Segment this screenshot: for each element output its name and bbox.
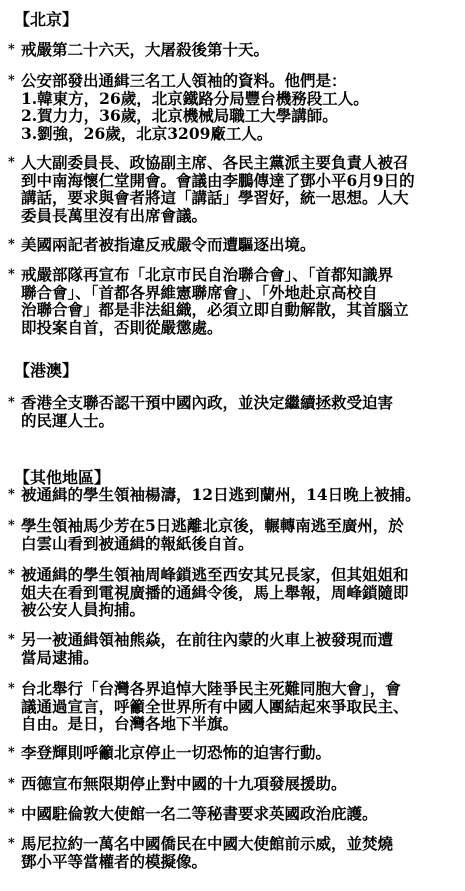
bullet-icon: * — [8, 835, 15, 853]
news-item: * 台北舉行「台灣各界追悼大陸爭民主死難同胞大會」，會 議通過宣言，呼籲全世界所… — [8, 680, 460, 733]
news-item: * 學生領袖馬少芳在5日逃離北京後，輾轉南逃至廣州，於 白雲山看到被通緝的報紙後… — [8, 517, 460, 552]
text-line: 到中南海懷仁堂開會。會議由李鵬傳達了鄧小平6月9日的 — [21, 172, 460, 190]
news-item: * 另一被通緝領袖熊焱，在前往內蒙的火車上被發現而遭 當局逮捕。 — [8, 631, 460, 666]
bullet-icon: * — [8, 805, 15, 823]
text-line: 委員長萬里沒有出席會議。 — [21, 207, 460, 225]
bullet-icon: * — [8, 236, 15, 254]
text-line: 李登輝則呼籲北京停止一切恐怖的迫害行動。 — [21, 744, 460, 762]
text-line: 治聯合會」都是非法組織，必須立即自動解散，其首腦立 — [21, 301, 460, 319]
text-line: 香港全支聯否認干預中國內政，並決定繼續拯救受迫害 — [21, 394, 460, 412]
text-line: 被通緝的學生領袖周峰鎖逃至西安其兄長家，但其姐姐和 — [21, 566, 460, 584]
news-item: * 馬尼拉約一萬名中國僑民在中國大使館前示威，並焚燒 鄧小平等當權者的模擬像。 — [8, 835, 460, 870]
news-item: * 被通緝的學生領袖楊濤，12日逃到蘭州，14日晚上被捕。 — [8, 486, 460, 504]
bullet-icon: * — [8, 566, 15, 584]
bullet-icon: * — [8, 72, 15, 90]
text-line: 美國兩記者被指違反戒嚴令而遭驅逐出境。 — [21, 236, 460, 254]
news-item: * 公安部發出通緝三名工人領袖的資料。他們是： 1.韓東方，26歲，北京鐵路分局… — [8, 72, 460, 142]
news-item: * 中國駐倫敦大使館一名二等秘書要求英國政治庇護。 — [8, 805, 460, 823]
text-line: 戒嚴第二十六天，大屠殺後第十天。 — [21, 41, 460, 59]
text-line: 中國駐倫敦大使館一名二等秘書要求英國政治庇護。 — [21, 805, 460, 823]
bullet-icon: * — [8, 154, 15, 172]
news-item: * 戒嚴部隊再宣布「北京市民自治聯合會」、「首都知識界 聯合會」、「首都各界維憲… — [8, 266, 460, 336]
section-heading-beijing: 【北京】 — [14, 11, 78, 29]
text-line: 議通過宣言，呼籲全世界所有中國人團結起來爭取民主、 — [21, 698, 460, 716]
section-heading-other-regions: 【其他地區】 — [14, 469, 110, 487]
text-line: 人大副委員長、政協副主席、各民主黨派主要負責人被召 — [21, 154, 460, 172]
bullet-icon: * — [8, 775, 15, 793]
bullet-icon: * — [8, 486, 15, 504]
news-item: * 被通緝的學生領袖周峰鎖逃至西安其兄長家，但其姐姐和 姐夫在看到電視廣播的通緝… — [8, 566, 460, 619]
text-line: 自由。是日，台灣各地下半旗。 — [21, 715, 460, 733]
text-line: 的民運人士。 — [21, 412, 460, 430]
text-line: 姐夫在看到電視廣播的通緝令後，馬上舉報，周峰鎖隨即 — [21, 584, 460, 602]
text-line: 白雲山看到被通緝的報紙後自首。 — [21, 535, 460, 553]
bullet-icon: * — [8, 266, 15, 284]
text-line: 3.劉強，26歲，北京3209廠工人。 — [21, 125, 460, 143]
text-line: 西德宣布無限期停止對中國的十九項發展援助。 — [21, 775, 460, 793]
bullet-icon: * — [8, 680, 15, 698]
news-item: * 香港全支聯否認干預中國內政，並決定繼續拯救受迫害 的民運人士。 — [8, 394, 460, 429]
text-line: 另一被通緝領袖熊焱，在前往內蒙的火車上被發現而遭 — [21, 631, 460, 649]
text-line: 台北舉行「台灣各界追悼大陸爭民主死難同胞大會」，會 — [21, 680, 460, 698]
text-line: 即投案自首，否則從嚴懲處。 — [21, 319, 460, 337]
text-line: 學生領袖馬少芳在5日逃離北京後，輾轉南逃至廣州，於 — [21, 517, 460, 535]
text-line: 被通緝的學生領袖楊濤，12日逃到蘭州，14日晚上被捕。 — [21, 486, 460, 504]
news-item: * 李登輝則呼籲北京停止一切恐怖的迫害行動。 — [8, 744, 460, 762]
text-line: 馬尼拉約一萬名中國僑民在中國大使館前示威，並焚燒 — [21, 835, 460, 853]
text-line: 1.韓東方，26歲，北京鐵路分局豐台機務段工人。 — [21, 90, 460, 108]
text-line: 講話，要求與會者將這「講話」學習好，統一思想。人大 — [21, 189, 460, 207]
text-line: 被公安人員拘捕。 — [21, 601, 460, 619]
text-line: 公安部發出通緝三名工人領袖的資料。他們是： — [21, 72, 460, 90]
bullet-icon: * — [8, 744, 15, 762]
bullet-icon: * — [8, 394, 15, 412]
text-line: 2.賀力力，36歲，北京機械局職工大學講師。 — [21, 107, 460, 125]
bullet-icon: * — [8, 631, 15, 649]
text-line: 戒嚴部隊再宣布「北京市民自治聯合會」、「首都知識界 — [21, 266, 460, 284]
section-heading-hong-kong-macau: 【港澳】 — [14, 362, 78, 380]
news-item: * 戒嚴第二十六天，大屠殺後第十天。 — [8, 41, 460, 59]
bullet-icon: * — [8, 41, 15, 59]
news-item: * 人大副委員長、政協副主席、各民主黨派主要負責人被召 到中南海懷仁堂開會。會議… — [8, 154, 460, 224]
text-line: 當局逮捕。 — [21, 649, 460, 667]
text-line: 鄧小平等當權者的模擬像。 — [21, 853, 460, 871]
news-item: * 西德宣布無限期停止對中國的十九項發展援助。 — [8, 775, 460, 793]
bullet-icon: * — [8, 517, 15, 535]
text-line: 聯合會」、「首都各界維憲聯席會」、「外地赴京高校自 — [21, 284, 460, 302]
news-item: * 美國兩記者被指違反戒嚴令而遭驅逐出境。 — [8, 236, 460, 254]
